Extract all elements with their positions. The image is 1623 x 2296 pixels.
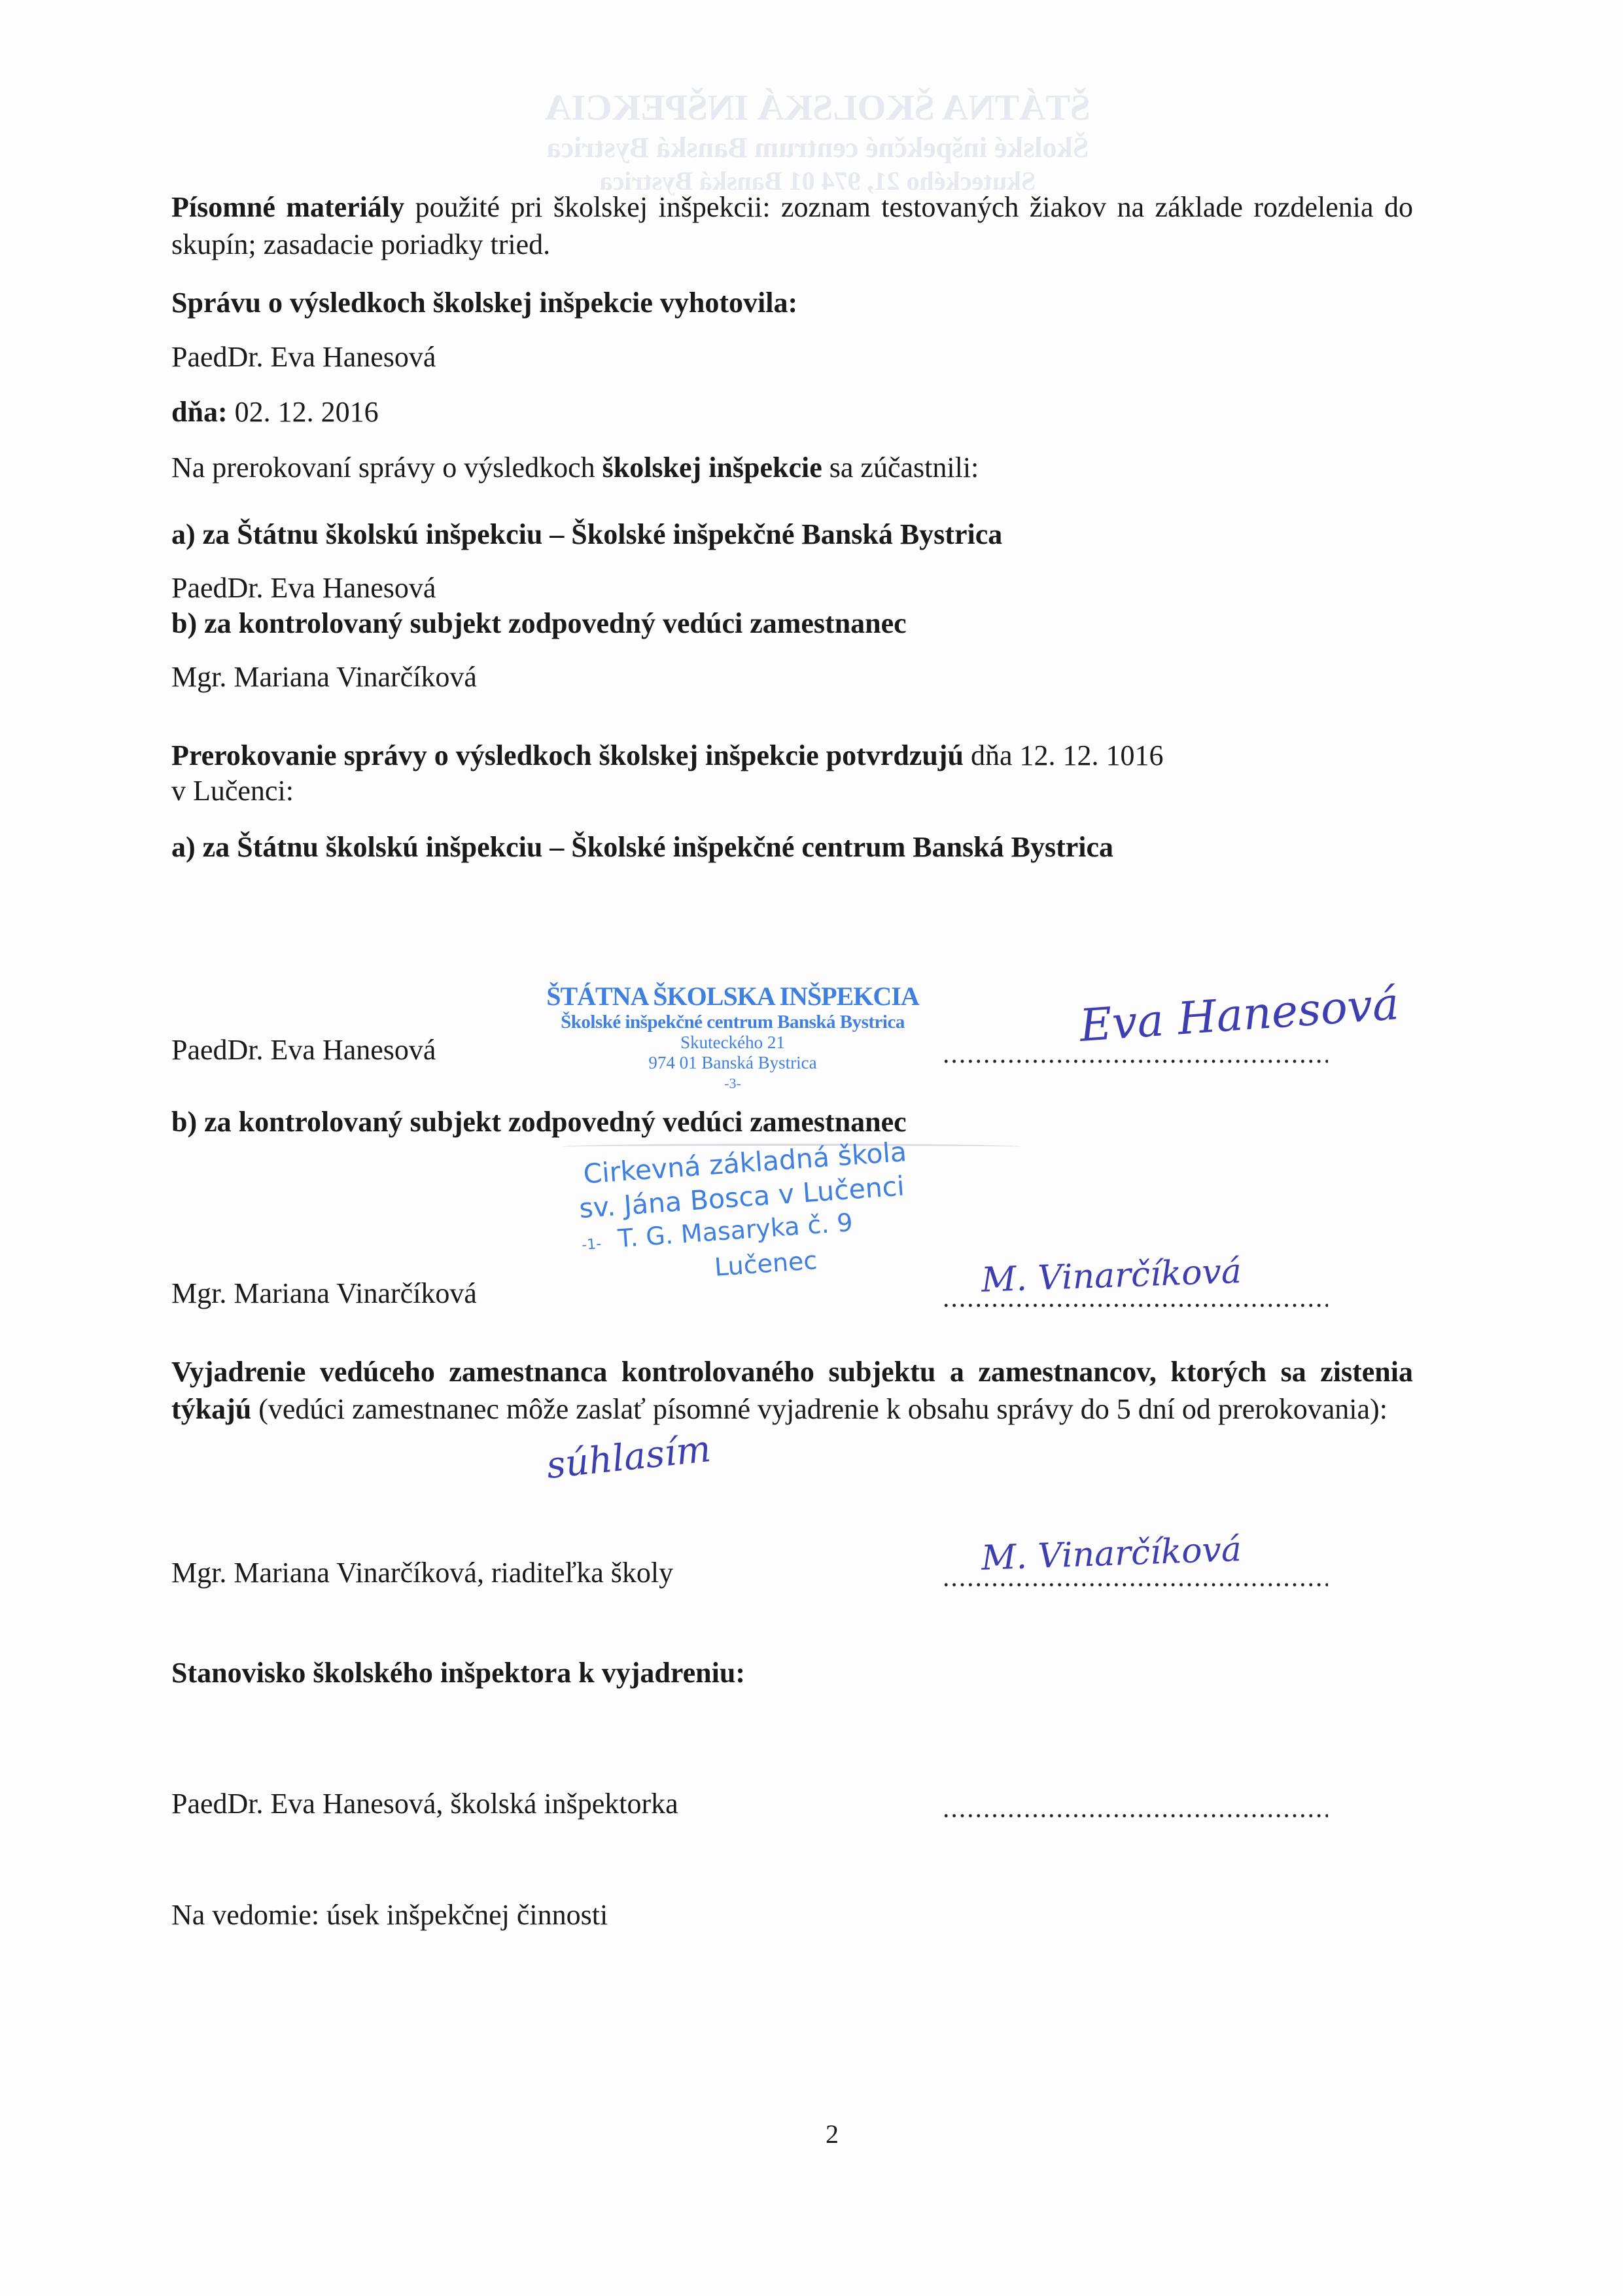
confirmation-bold: Prerokovanie správy o výsledkoch školske… [171,739,964,771]
inspection-stamp-line-4: -3- [543,1073,922,1093]
statement-signer: Mgr. Mariana Vinarčíková, riaditeľka ško… [171,1555,673,1591]
inspector-opinion-heading: Stanovisko školského inšpektora k vyjadr… [171,1655,745,1691]
confirmation-party-b-label: b) za kontrolovaný subjekt zodpovedný ve… [171,1104,907,1140]
document-page: ŠTÁTNA ŠKOLSKÁ INŠPEKCIA Školské inšpekč… [0,0,1623,2296]
signature-vinarcikova-2: M. Vinarčíková [981,1530,1242,1578]
discussion-party-a-label: a) za Štátnu školskú inšpekciu – Školské… [171,517,1002,552]
handwritten-agreement: súhlasím [544,1428,712,1487]
signature-vinarcikova-1: M. Vinarčíková [981,1252,1242,1300]
show-through-line-1: ŠTÁTNA ŠKOLSKÁ INŠPEKCIA [458,85,1178,131]
written-materials: Písomné materiály použité pri školskej i… [171,188,1413,263]
inspection-stamp: ŠTÁTNA ŠKOLSKA INŠPEKCIA Školské inšpekč… [543,981,922,1093]
discussion-intro-start: Na prerokovaní správy o výsledkoch [171,451,602,484]
discussion-intro: Na prerokovaní správy o výsledkoch škols… [171,450,979,486]
signature-line-director [942,1302,1328,1309]
confirmation-place: v Lučenci: [171,773,294,809]
discussion-party-a-name: PaedDr. Eva Hanesová [171,571,436,606]
discussion-party-b-name: Mgr. Mariana Vinarčíková [171,660,477,695]
written-materials-label: Písomné materiály [171,191,404,223]
date-value: 02. 12. 2016 [228,396,379,428]
discussion-party-b-label: b) za kontrolovaný subjekt zodpovedný ve… [171,606,907,641]
show-through-header: ŠTÁTNA ŠKOLSKÁ INŠPEKCIA Školské inšpekč… [458,85,1178,198]
show-through-line-2: Školské inšpekčné centrum Banská Bystric… [458,131,1178,165]
inspection-stamp-line-1: Školské inšpekčné centrum Banská Bystric… [543,1012,922,1033]
confirmation-party-a-name: PaedDr. Eva Hanesová [171,1033,436,1068]
report-prepared-heading: Správu o výsledkoch školskej inšpekcie v… [171,285,797,321]
confirmation-statement: Prerokovanie správy o výsledkoch školske… [171,738,1163,773]
statement-rest: (vedúci zamestnanec môže zaslať písomné … [251,1393,1387,1425]
signature-hanesova: Eva Hanesová [1078,978,1401,1052]
confirmation-party-b-name: Mgr. Mariana Vinarčíková [171,1276,477,1311]
statement-paragraph: Vyjadrenie vedúceho zamestnanca kontrolo… [171,1353,1413,1428]
inspection-stamp-line-3: 974 01 Banská Bystrica [543,1053,922,1073]
confirmation-party-a-label: a) za Štátnu školskú inšpekciu – Školské… [171,830,1113,865]
notice-line: Na vedomie: úsek inšpekčnej činnosti [171,1898,608,1933]
signature-line-statement [942,1581,1328,1588]
signature-line-opinion [942,1812,1328,1819]
discussion-intro-end: sa zúčastnili: [822,451,979,484]
report-prepared-date: dňa: 02. 12. 2016 [171,395,379,430]
discussion-intro-bold: školskej inšpekcie [602,451,822,484]
signature-line-inspector [942,1058,1328,1065]
school-stamp: Cirkevná základná škola sv. Jána Bosca v… [569,1131,970,1292]
confirmation-date: dňa 12. 12. 1016 [964,739,1164,771]
inspector-opinion-signer: PaedDr. Eva Hanesová, školská inšpektork… [171,1786,678,1822]
page-number: 2 [826,2119,839,2149]
inspection-stamp-title: ŠTÁTNA ŠKOLSKA INŠPEKCIA [543,981,922,1012]
date-label: dňa: [171,396,228,428]
school-stamp-number: -1- [581,1236,602,1254]
inspection-stamp-line-2: Skuteckého 21 [543,1033,922,1053]
report-prepared-name: PaedDr. Eva Hanesová [171,340,436,375]
